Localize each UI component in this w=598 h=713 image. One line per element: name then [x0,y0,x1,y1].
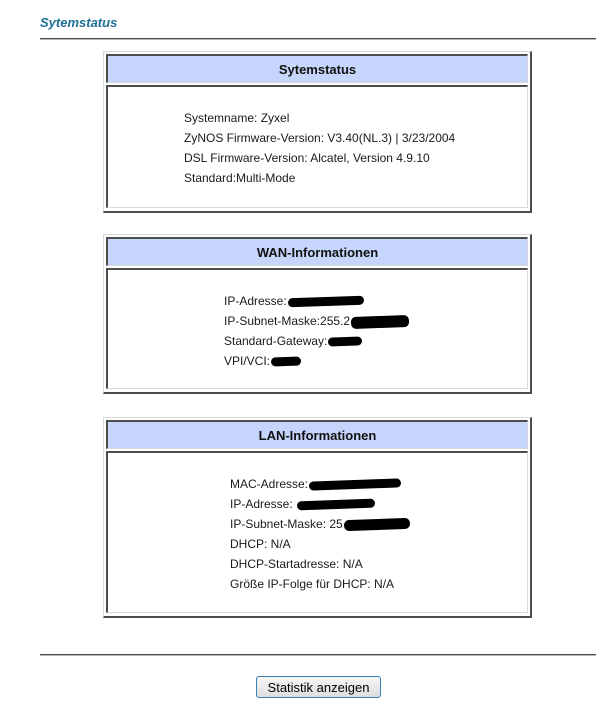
lan-dhcp-pool-size-row: Größe IP-Folge für DHCP: N/A [230,574,410,594]
wan-info-header: WAN-Informationen [106,237,528,266]
dsl-firmware-row: DSL Firmware-Version: Alcatel, Version 4… [184,148,455,168]
lan-subnet-label: IP-Subnet-Maske: 25 [230,517,343,531]
system-name-row: Systemname: Zyxel [184,108,455,128]
lan-mac-label: MAC-Adresse: [230,477,308,491]
system-status-header: Sytemstatus [106,54,528,83]
lan-ip-row: IP-Adresse: [230,494,410,514]
wan-info-body: IP-Adresse: IP-Subnet-Maske:255.2 Standa… [106,268,528,389]
lan-subnet-row: IP-Subnet-Maske: 25 [230,514,410,534]
wan-vpivci-row: VPI/VCI: [224,351,409,371]
system-status-body: Systemname: Zyxel ZyNOS Firmware-Version… [106,85,528,208]
lan-ip-label: IP-Adresse: [230,497,296,511]
redacted-value [271,357,301,367]
zynos-firmware-row: ZyNOS Firmware-Version: V3.40(NL.3) | 3/… [184,128,455,148]
wan-gateway-row: Standard-Gateway: [224,331,409,351]
redacted-value [351,315,409,329]
wan-subnet-row: IP-Subnet-Maske:255.2 [224,311,409,331]
redacted-value [288,296,364,308]
redacted-value [297,499,375,511]
show-statistics-button[interactable]: Statistik anzeigen [256,676,381,698]
wan-info-panel: WAN-Informationen IP-Adresse: IP-Subnet-… [103,234,532,394]
page-title: Sytemstatus [40,15,117,30]
redacted-value [344,518,410,531]
wan-subnet-label: IP-Subnet-Maske:255.2 [224,314,350,328]
lan-info-body: MAC-Adresse: IP-Adresse: IP-Subnet-Maske… [106,451,528,613]
lan-mac-row: MAC-Adresse: [230,474,410,494]
wan-gateway-label: Standard-Gateway: [224,334,327,348]
lan-dhcp-row: DHCP: N/A [230,534,410,554]
top-divider [40,38,596,40]
lan-info-header: LAN-Informationen [106,420,528,449]
standard-mode-row: Standard:Multi-Mode [184,168,455,188]
system-status-panel: Sytemstatus Systemname: Zyxel ZyNOS Firm… [103,51,532,213]
redacted-value [309,479,401,491]
redacted-value [328,337,362,347]
wan-vpivci-label: VPI/VCI: [224,354,270,368]
wan-ip-row: IP-Adresse: [224,291,409,311]
lan-dhcp-start-row: DHCP-Startadresse: N/A [230,554,410,574]
bottom-divider [40,654,596,656]
lan-info-panel: LAN-Informationen MAC-Adresse: IP-Adress… [103,417,532,618]
wan-ip-label: IP-Adresse: [224,294,287,308]
